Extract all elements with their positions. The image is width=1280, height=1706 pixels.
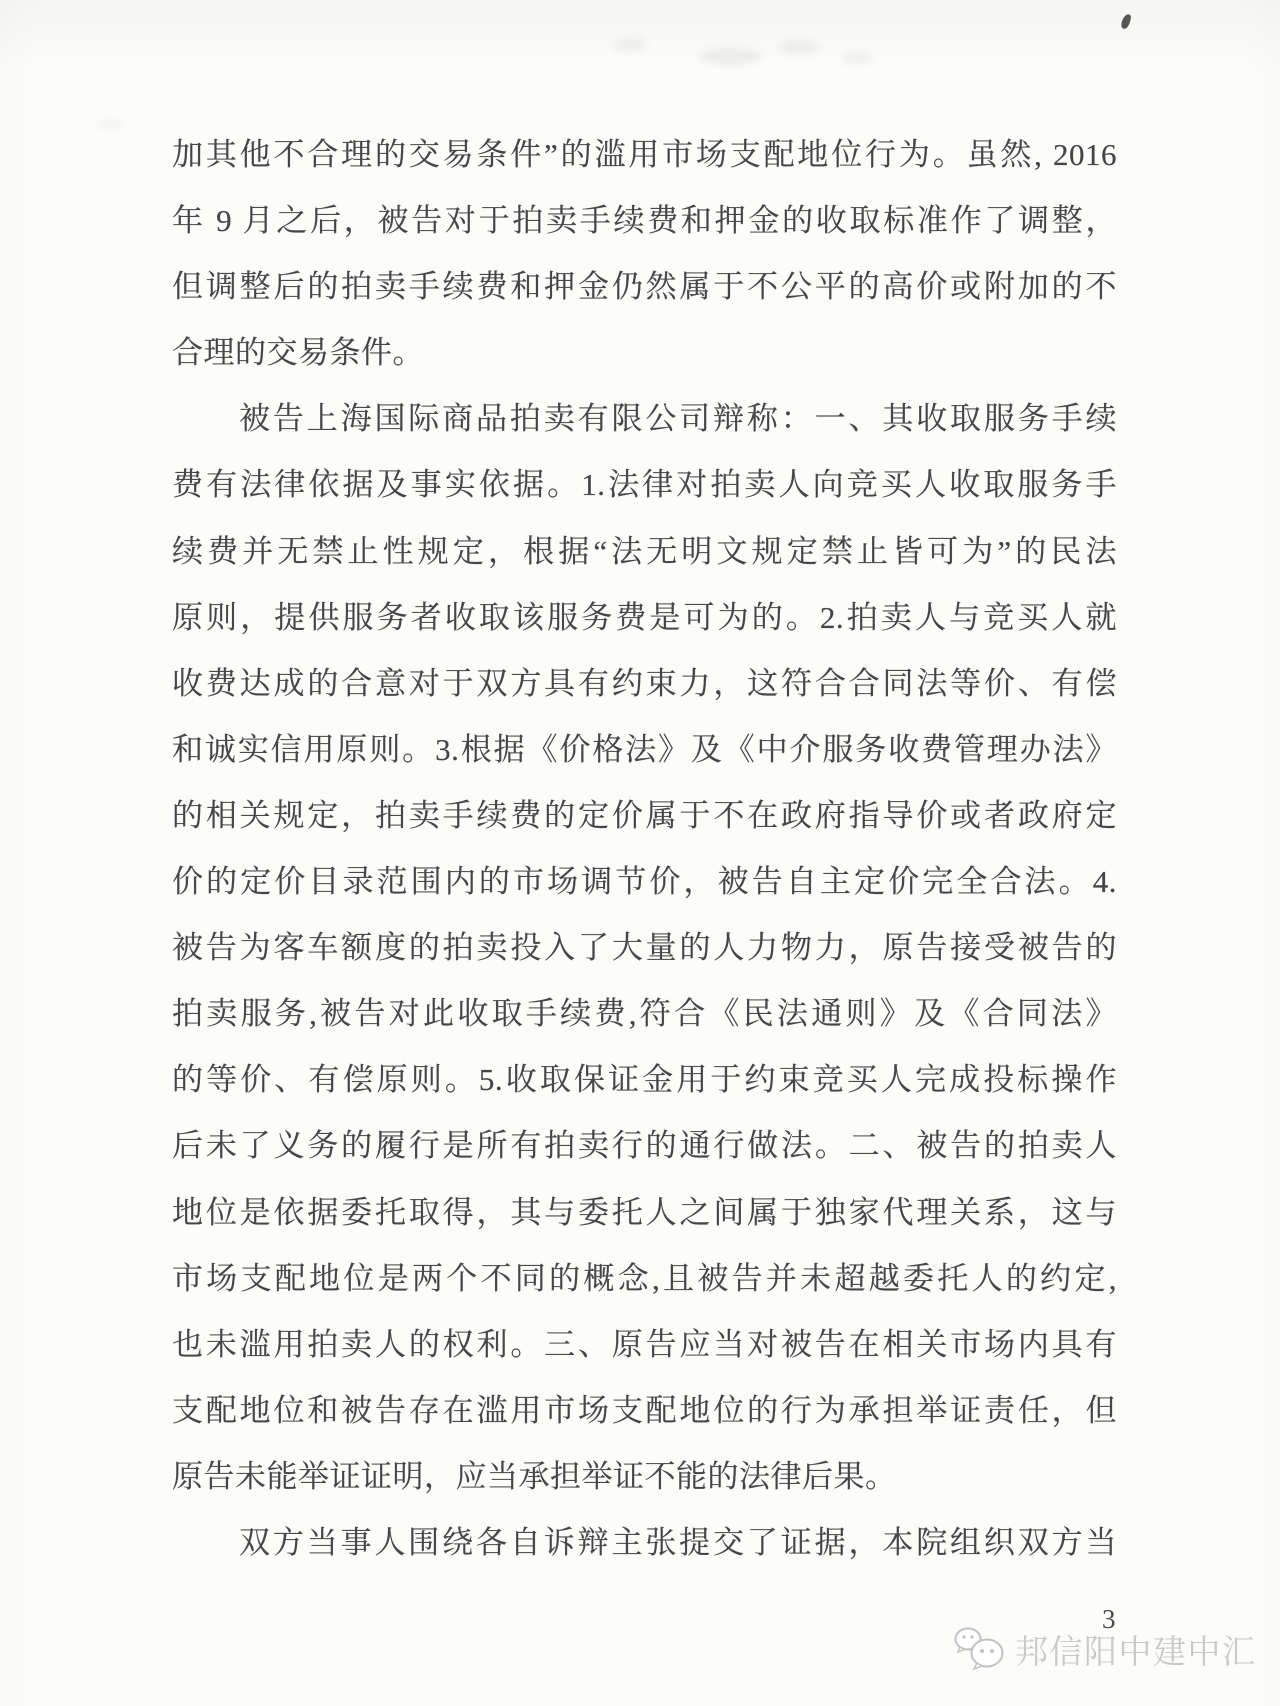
text-line: 原告未能举证证明，应当承担举证不能的法律后果。 xyxy=(172,1444,1117,1510)
text-line: 收费达成的合意对于双方具有约束力，这符合合同法等价、有偿 xyxy=(172,651,1117,717)
scan-smudge xyxy=(698,48,762,65)
text-line: 双方当事人围绕各自诉辩主张提交了证据，本院组织双方当 xyxy=(172,1510,1117,1576)
text-line: 但调整后的拍卖手续费和押金仍然属于不公平的高价或附加的不 xyxy=(172,254,1117,320)
text-line: 被告上海国际商品拍卖有限公司辩称：一、其收取服务手续 xyxy=(172,386,1117,452)
text-line: 后未了义务的履行是所有拍卖行的通行做法。二、被告的拍卖人 xyxy=(172,1113,1117,1179)
scan-smudge xyxy=(98,120,124,130)
text-line: 地位是依据委托取得，其与委托人之间属于独家代理关系，这与 xyxy=(172,1180,1117,1246)
scan-smudge xyxy=(842,52,872,64)
text-line: 拍卖服务,被告对此收取手续费,符合《民法通则》及《合同法》 xyxy=(172,981,1117,1047)
text-line: 也未滥用拍卖人的权利。三、原告应当对被告在相关市场内具有 xyxy=(172,1312,1117,1378)
ink-speck xyxy=(1120,13,1131,29)
text-line: 的相关规定，拍卖手续费的定价属于不在政府指导价或者政府定 xyxy=(172,783,1117,849)
text-line: 市场支配地位是两个不同的概念,且被告并未超越委托人的约定, xyxy=(172,1246,1117,1312)
text-line: 费有法律依据及事实依据。1.法律对拍卖人向竞买人收取服务手 xyxy=(172,452,1117,518)
scanned-document-page: 加其他不合理的交易条件”的滥用市场支配地位行为。虽然, 2016年 9 月之后，… xyxy=(0,0,1280,1706)
scan-smudge xyxy=(778,40,820,55)
text-line: 支配地位和被告存在滥用市场支配地位的行为承担举证责任，但 xyxy=(172,1378,1117,1444)
watermark-text: 邦信阳中建中汇 xyxy=(1015,1626,1257,1673)
text-line: 原则，提供服务者收取该服务费是可为的。2.拍卖人与竞买人就 xyxy=(172,585,1117,651)
wechat-icon xyxy=(953,1626,1007,1672)
body-text: 加其他不合理的交易条件”的滥用市场支配地位行为。虽然, 2016年 9 月之后，… xyxy=(172,122,1117,1576)
watermark: 邦信阳中建中汇 xyxy=(953,1624,1257,1674)
text-line: 和诚实信用原则。3.根据《价格法》及《中介服务收费管理办法》 xyxy=(172,717,1117,783)
text-line: 的等价、有偿原则。5.收取保证金用于约束竞买人完成投标操作 xyxy=(172,1047,1117,1113)
text-line: 续费并无禁止性规定，根据“法无明文规定禁止皆可为”的民法 xyxy=(172,519,1117,585)
text-line: 被告为客车额度的拍卖投入了大量的人力物力，原告接受被告的 xyxy=(172,915,1117,981)
text-line: 年 9 月之后，被告对于拍卖手续费和押金的收取标准作了调整， xyxy=(172,188,1117,254)
text-line: 合理的交易条件。 xyxy=(172,320,1117,386)
text-line: 加其他不合理的交易条件”的滥用市场支配地位行为。虽然, 2016 xyxy=(172,122,1117,188)
text-line: 价的定价目录范围内的市场调节价，被告自主定价完全合法。4. xyxy=(172,849,1117,915)
scan-smudge xyxy=(612,38,646,51)
